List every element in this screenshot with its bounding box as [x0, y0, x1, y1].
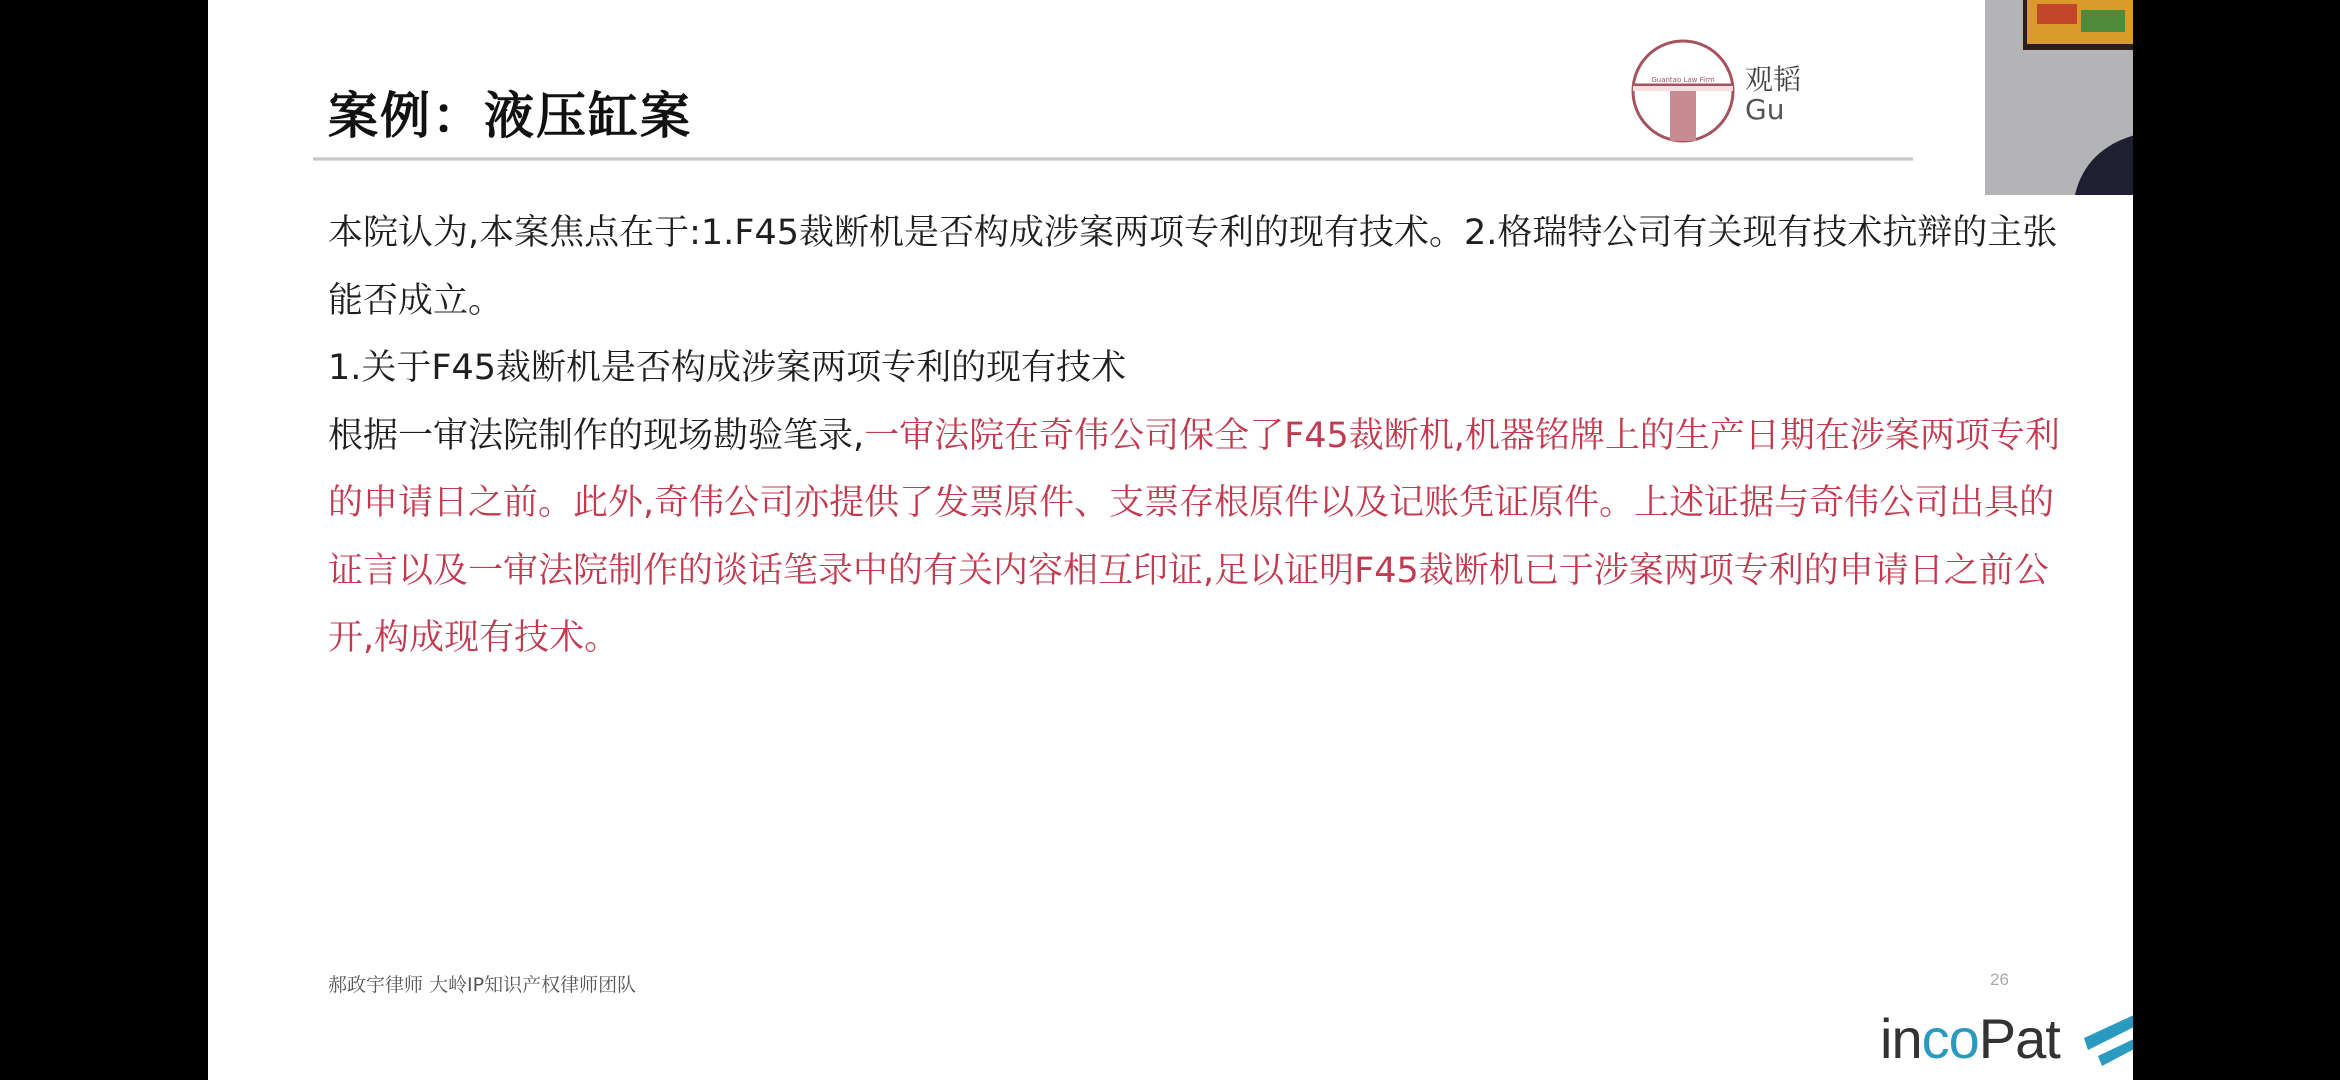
incopat-watermark: incoPat — [1880, 1010, 2133, 1080]
law-firm-name-cn: 观韬 — [1745, 58, 1801, 98]
footer-author: 郝政宇律师 大岭IP知识产权律师团队 — [328, 970, 636, 997]
title-divider — [313, 157, 1913, 161]
paragraph-focus: 本院认为,本案焦点在于:1.F45裁断机是否构成涉案两项专利的现有技术。2.格瑞… — [328, 200, 2068, 335]
text-segment: 本院认为,本案焦点在于:1.F45裁断机是否构成涉案两项专利的现有技术。2.格瑞… — [328, 213, 2057, 321]
incopat-wordmark: incoPat — [1880, 1006, 2060, 1071]
svg-text:Guantao Law Firm: Guantao Law Firm — [1651, 76, 1714, 84]
paragraph-evidence: 根据一审法院制作的现场勘验笔录,一审法院在奇伟公司保全了F45裁断机,机器铭牌上… — [328, 403, 2068, 673]
presenter-webcam — [1985, 0, 2133, 195]
text-segment: 根据一审法院制作的现场勘验笔录, — [328, 416, 864, 456]
incopat-mark-icon — [2078, 1010, 2133, 1070]
presentation-slide: 案例：液压缸案 Guantao Law Firm 观韬 Gu 本院认为,本案焦点… — [208, 0, 2133, 1080]
paragraph-heading-1: 1.关于F45裁断机是否构成涉案两项专利的现有技术 — [328, 335, 2068, 403]
page-number: 26 — [1990, 970, 2009, 990]
law-firm-logo-icon: Guantao Law Firm — [1630, 38, 1736, 144]
presenter-video-icon — [1985, 0, 2133, 195]
slide-body: 本院认为,本案焦点在于:1.F45裁断机是否构成涉案两项专利的现有技术。2.格瑞… — [328, 200, 2068, 673]
text-segment: 1.关于F45裁断机是否构成涉案两项专利的现有技术 — [328, 348, 1126, 388]
slide-title: 案例：液压缸案 — [328, 76, 692, 148]
law-firm-name-en: Gu — [1745, 93, 1784, 126]
